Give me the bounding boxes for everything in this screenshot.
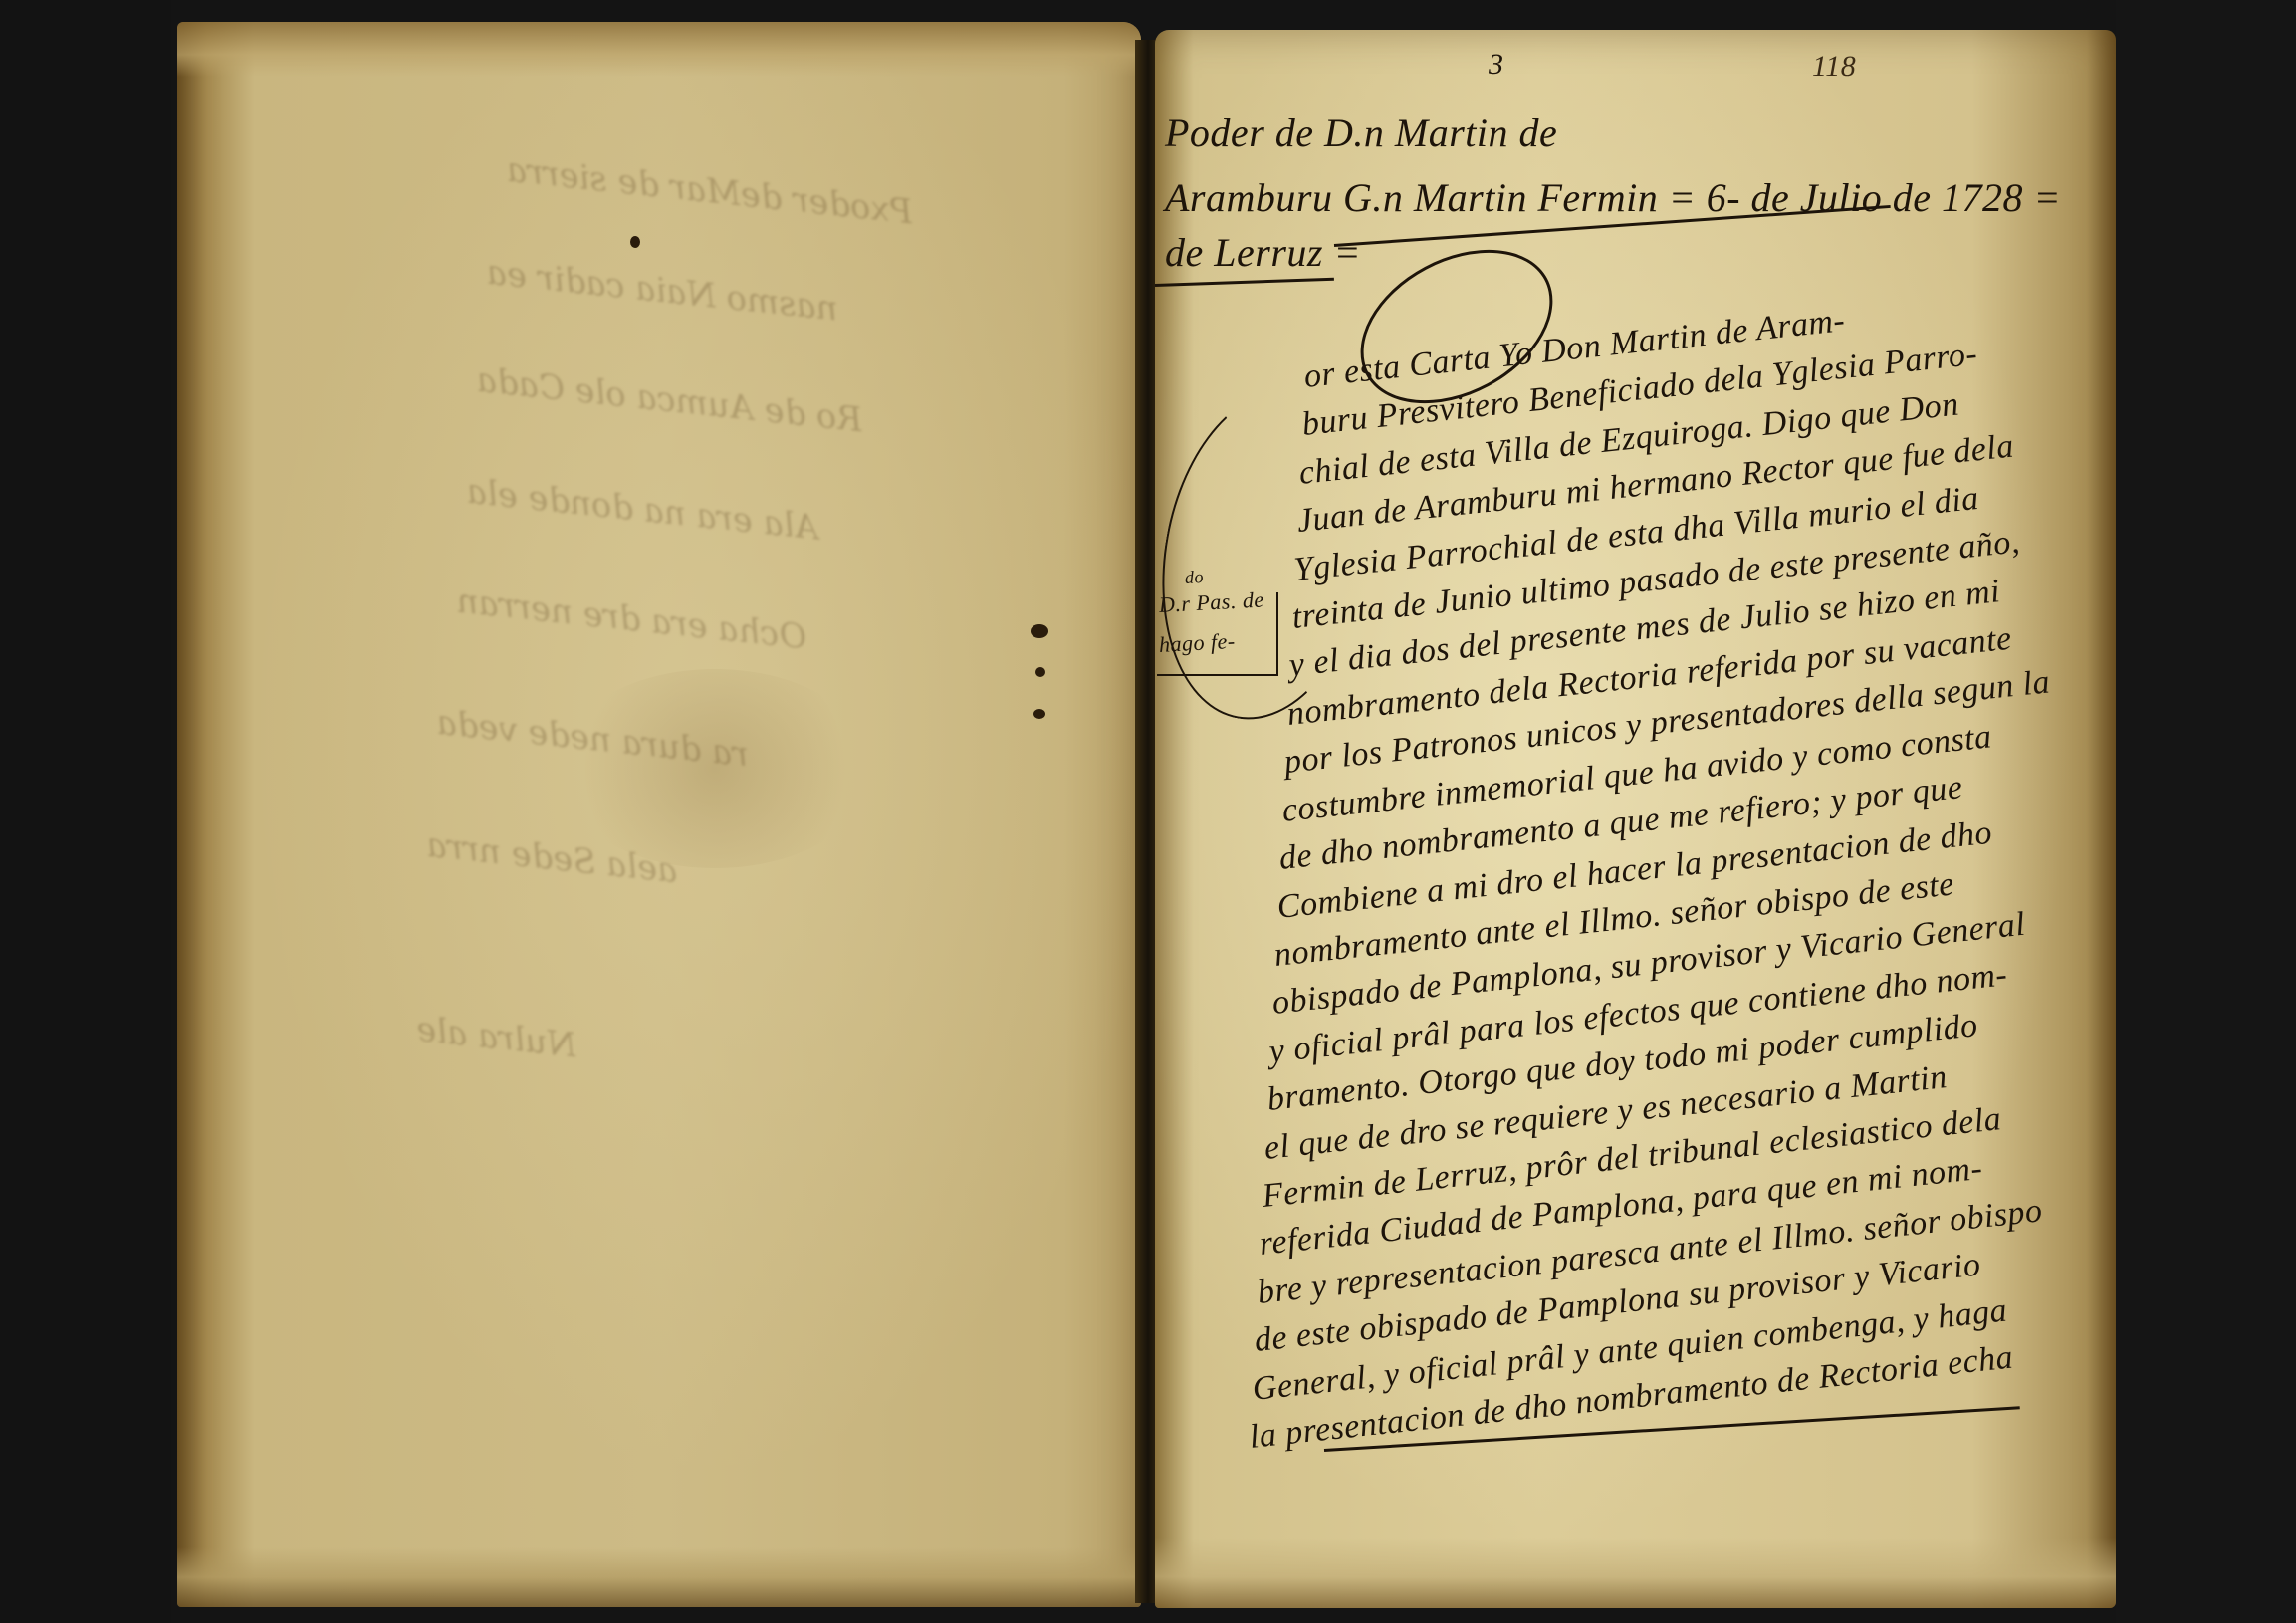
right-page: 118 3 Poder de D.n Martin de Aramburu G.… [1155, 30, 2116, 1608]
ink-blot [1031, 624, 1048, 638]
bleed-through-text: Pxoder deMar de sierra [505, 150, 914, 233]
header-rule-left [1155, 278, 1334, 287]
scan-background-right [2116, 0, 2296, 1623]
ink-blot [630, 236, 640, 248]
left-page: Pxoder deMar de sierra nasmo Naia cadir … [177, 22, 1141, 1607]
scan-background-left [0, 0, 171, 1623]
bleed-through-text: nasmo Naia cadir ea [485, 253, 840, 330]
margin-note-line-2: hago fe- [1158, 628, 1236, 658]
margin-note-super: do [1184, 567, 1204, 588]
bleed-through-text: Nulra ale [414, 1010, 577, 1066]
folio-number: 118 [1812, 50, 1856, 84]
ink-blot [1033, 709, 1045, 719]
header-line-3: de Lerruz = [1165, 229, 1361, 276]
margin-note-line-1: D.r Pas. de [1158, 586, 1264, 617]
bleed-through-text: Ala era na donde ela [465, 472, 820, 549]
bleed-through-text: Ro de Aumca ole Cada [475, 360, 864, 440]
water-stain [556, 669, 874, 868]
header-superscript: 3 [1489, 48, 1504, 82]
header-line-2: Aramburu G.n Martin Fermin = 6- de Julio… [1165, 174, 2061, 221]
header-line-1: Poder de D.n Martin de [1165, 110, 1557, 156]
bleed-through-text: Ocha era dre nerran [455, 581, 808, 658]
ink-blot [1035, 667, 1045, 677]
